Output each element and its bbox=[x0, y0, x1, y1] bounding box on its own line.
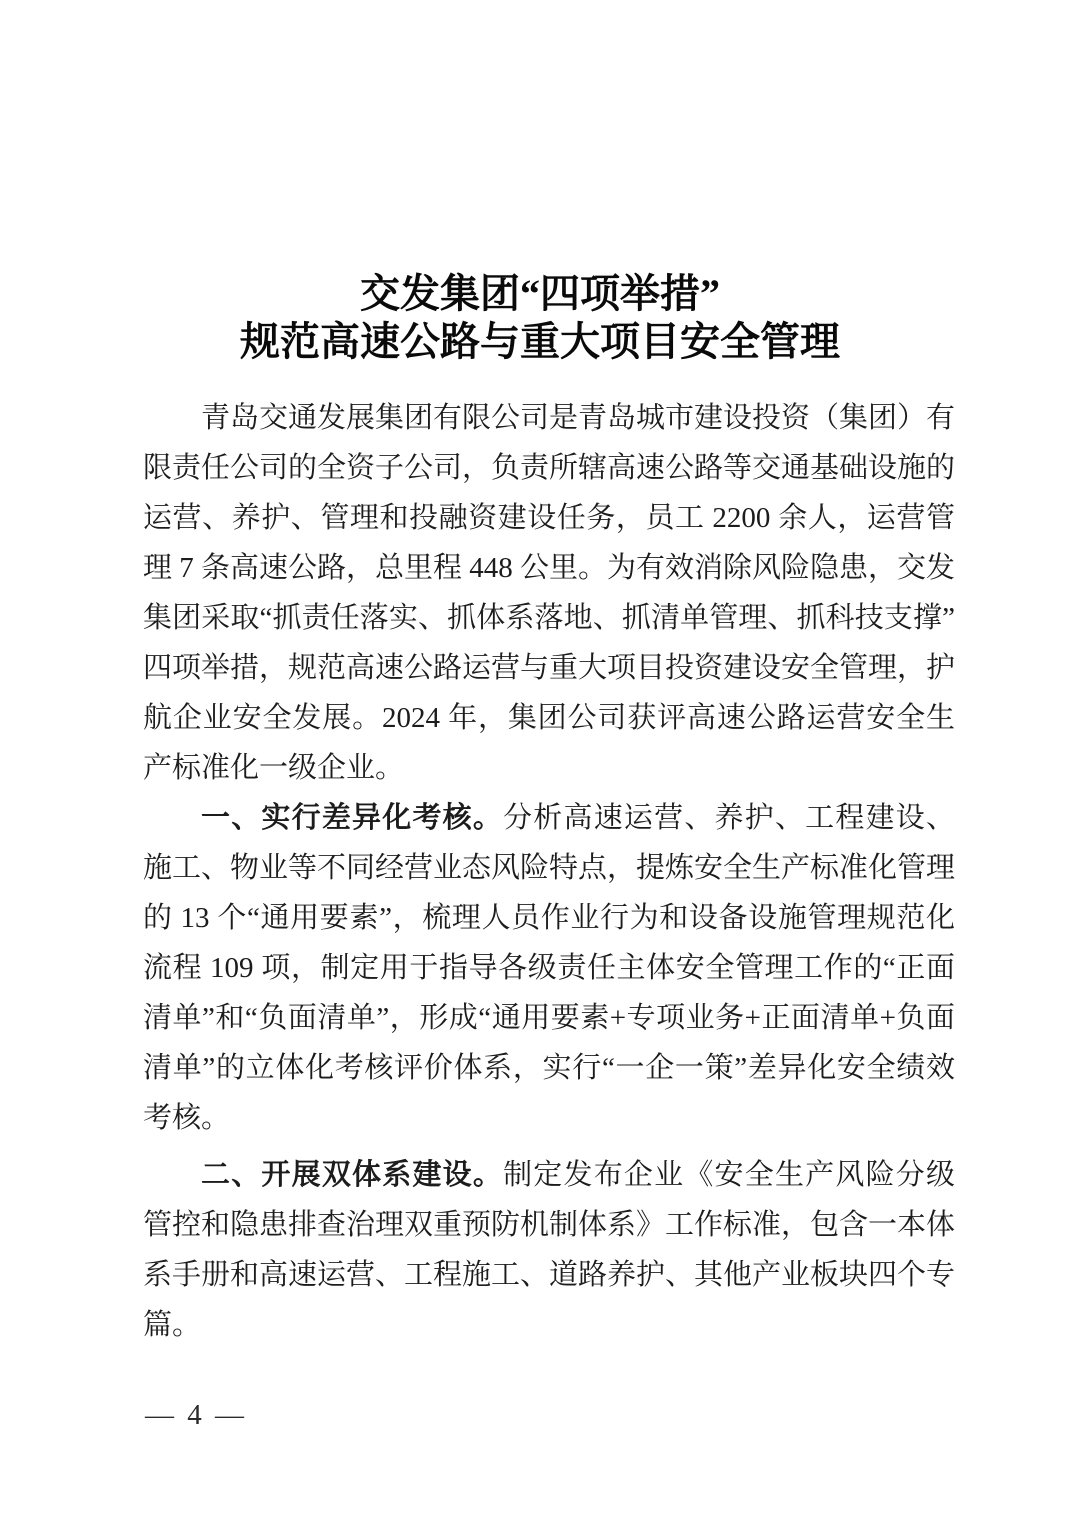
paragraph-section-1-text: 分析高速运营、养护、工程建设、施工、物业等不同经营业态风险特点，提炼安全生产标准… bbox=[143, 802, 955, 1134]
paragraph-intro-text: 青岛交通发展集团有限公司是青岛城市建设投资（集团）有限责任公司的全资子公司，负责… bbox=[143, 402, 955, 784]
paragraph-section-1: 一、实行差异化考核。分析高速运营、养护、工程建设、施工、物业等不同经营业态风险特… bbox=[143, 793, 955, 1143]
paragraph-section-2: 二、开展双体系建设。制定发布企业《安全生产风险分级管控和隐患排查治理双重预防机制… bbox=[143, 1150, 955, 1350]
page-title-line-2: 规范高速公路与重大项目安全管理 bbox=[0, 318, 1080, 366]
document-body: 青岛交通发展集团有限公司是青岛城市建设投资（集团）有限责任公司的全资子公司，负责… bbox=[143, 393, 955, 1350]
paragraph-intro: 青岛交通发展集团有限公司是青岛城市建设投资（集团）有限责任公司的全资子公司，负责… bbox=[143, 393, 955, 793]
paragraph-section-2-lead: 二、开展双体系建设。 bbox=[201, 1159, 503, 1191]
page-title: 交发集团“四项举措” 规范高速公路与重大项目安全管理 bbox=[0, 270, 1080, 366]
paragraph-section-1-lead: 一、实行差异化考核。 bbox=[201, 802, 503, 834]
document-page: 交发集团“四项举措” 规范高速公路与重大项目安全管理 青岛交通发展集团有限公司是… bbox=[0, 0, 1080, 1527]
page-number: — 4 — bbox=[145, 1398, 247, 1432]
page-title-line-1: 交发集团“四项举措” bbox=[0, 270, 1080, 318]
